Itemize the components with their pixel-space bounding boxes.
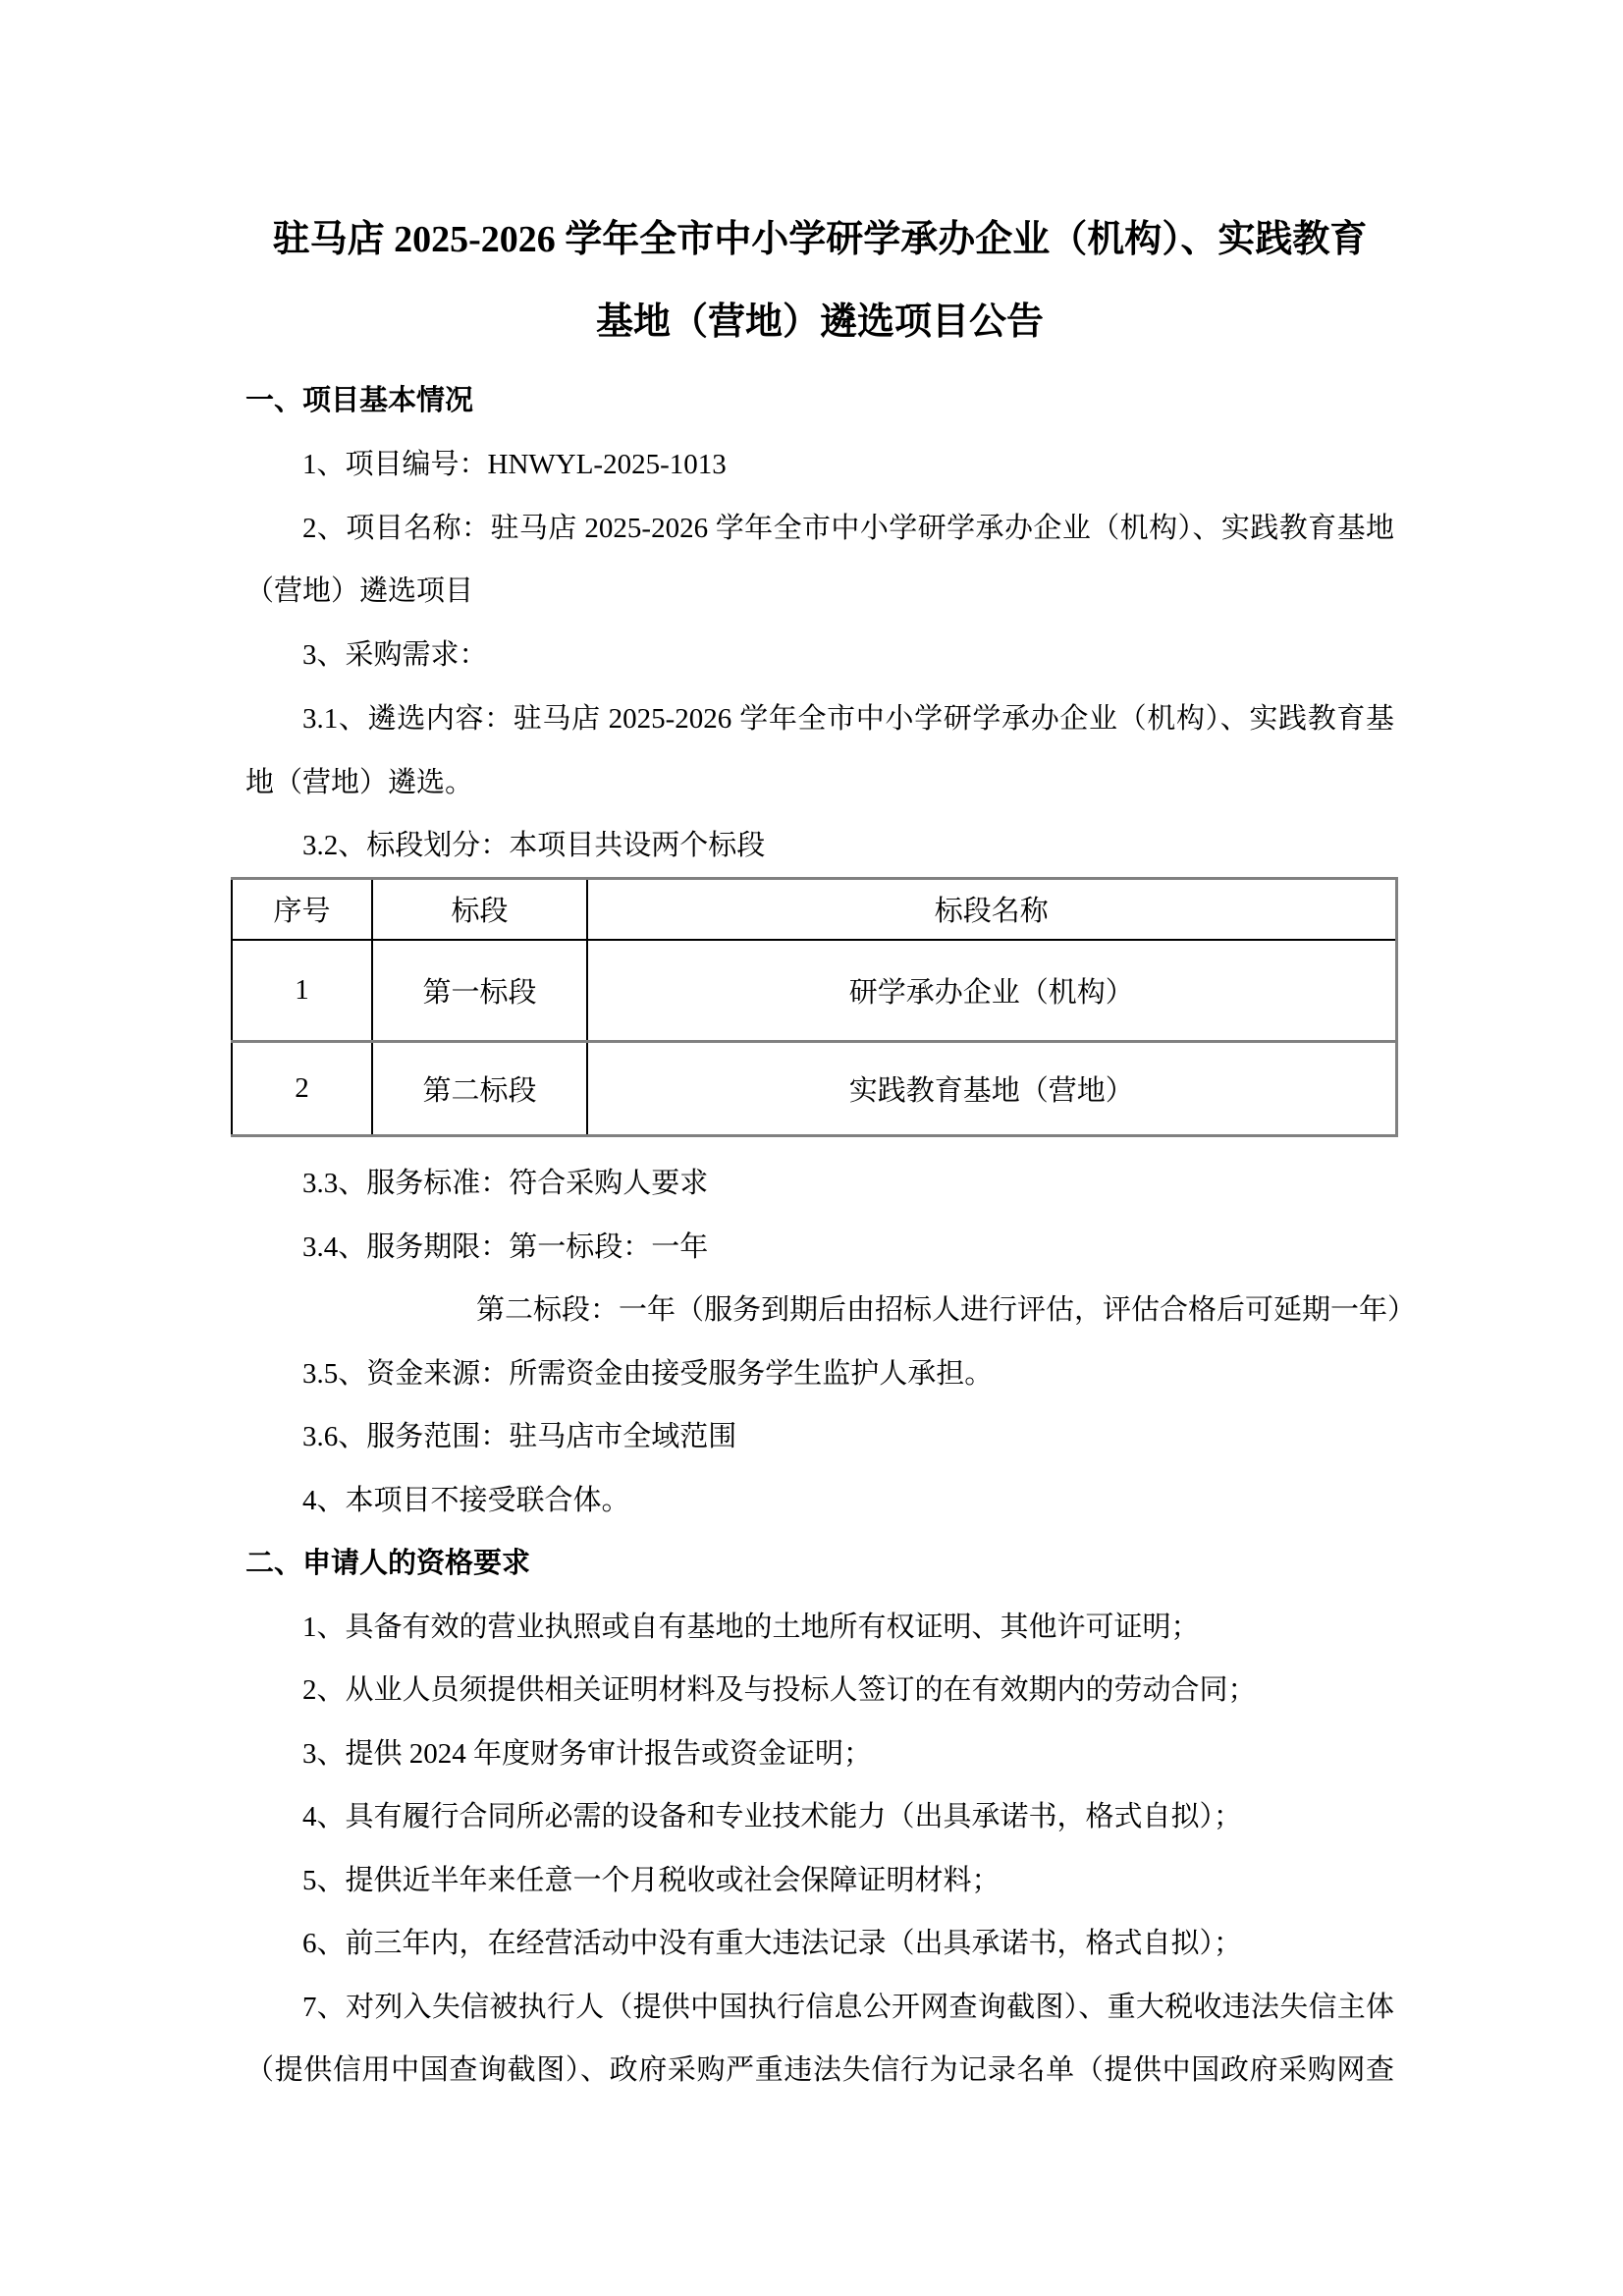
- line-project-name: 2、项目名称：驻马店 2025-2026 学年全市中小学研学承办企业（机构）、实…: [245, 497, 1394, 561]
- line-qual-dishonesty: 7、对列入失信被执行人（提供中国执行信息公开网查询截图）、重大税收违法失信主体: [245, 1976, 1394, 2040]
- section2-heading: 二、申请人的资格要求: [245, 1532, 1394, 1596]
- line-service-period-cont: 第二标段：一年（服务到期后由招标人进行评估，评估合格后可延期一年）: [245, 1279, 1394, 1342]
- line-qual-staff: 2、从业人员须提供相关证明材料及与投标人签订的在有效期内的劳动合同；: [245, 1659, 1394, 1722]
- th-bid-section: 标段: [372, 879, 587, 940]
- line-selection-content: 3.1、遴选内容：驻马店 2025-2026 学年全市中小学研学承办企业（机构）…: [245, 687, 1394, 751]
- cell-serial-2: 2: [232, 1042, 372, 1136]
- line-qual-no-violation: 6、前三年内，在经营活动中没有重大违法记录（出具承诺书，格式自拟）；: [245, 1912, 1394, 1976]
- line-project-number: 1、项目编号：HNWYL-2025-1013: [245, 433, 1394, 497]
- doc-title-line1: 驻马店 2025-2026 学年全市中小学研学承办企业（机构）、实践教育: [245, 198, 1394, 281]
- section1-heading: 一、项目基本情况: [245, 369, 1394, 433]
- line-section-division: 3.2、标段划分：本项目共设两个标段: [245, 814, 1394, 878]
- table-row: 1 第一标段 研学承办企业（机构）: [232, 940, 1396, 1042]
- line-no-consortium: 4、本项目不接受联合体。: [245, 1469, 1394, 1533]
- line-service-standard: 3.3、服务标准：符合采购人要求: [245, 1152, 1394, 1216]
- doc-title: 驻马店 2025-2026 学年全市中小学研学承办企业（机构）、实践教育 基地（…: [245, 198, 1394, 363]
- cell-section-name-1: 研学承办企业（机构）: [587, 940, 1396, 1042]
- bid-sections-table: 序号 标段 标段名称 1 第一标段 研学承办企业（机构） 2 第二标段 实践教育…: [231, 877, 1398, 1137]
- line-qual-capability: 4、具有履行合同所必需的设备和专业技术能力（出具承诺书，格式自拟）；: [245, 1785, 1394, 1849]
- line-project-name-cont: （营地）遴选项目: [245, 560, 1394, 624]
- th-serial-number: 序号: [232, 879, 372, 940]
- table-header-row: 序号 标段 标段名称: [232, 879, 1396, 940]
- line-qual-dishonesty-cont: （提供信用中国查询截图）、政府采购严重违法失信行为记录名单（提供中国政府采购网查: [245, 2039, 1394, 2103]
- line-service-period: 3.4、服务期限：第一标段：一年: [245, 1216, 1394, 1280]
- line-procurement-demand: 3、采购需求：: [245, 624, 1394, 687]
- cell-serial-1: 1: [232, 940, 372, 1042]
- cell-section-2: 第二标段: [372, 1042, 587, 1136]
- section-project-info: 一、项目基本情况 1、项目编号：HNWYL-2025-1013 2、项目名称：驻…: [245, 369, 1394, 878]
- document-page: 驻马店 2025-2026 学年全市中小学研学承办企业（机构）、实践教育 基地（…: [0, 0, 1623, 2296]
- line-qual-license: 1、具备有效的营业执照或自有基地的土地所有权证明、其他许可证明；: [245, 1596, 1394, 1660]
- th-bid-section-name: 标段名称: [587, 879, 1396, 940]
- cell-section-name-2: 实践教育基地（营地）: [587, 1042, 1396, 1136]
- section-requirements: 3.3、服务标准：符合采购人要求 3.4、服务期限：第一标段：一年 第二标段：一…: [245, 1152, 1394, 2103]
- line-funding-source: 3.5、资金来源：所需资金由接受服务学生监护人承担。: [245, 1342, 1394, 1406]
- cell-section-1: 第一标段: [372, 940, 587, 1042]
- line-qual-audit: 3、提供 2024 年度财务审计报告或资金证明；: [245, 1722, 1394, 1786]
- doc-title-line2: 基地（营地）遴选项目公告: [245, 281, 1394, 363]
- line-qual-tax: 5、提供近半年来任意一个月税收或社会保障证明材料；: [245, 1849, 1394, 1913]
- table-row: 2 第二标段 实践教育基地（营地）: [232, 1042, 1396, 1136]
- line-service-scope: 3.6、服务范围：驻马店市全域范围: [245, 1405, 1394, 1469]
- line-selection-content-cont: 地（营地）遴选。: [245, 751, 1394, 815]
